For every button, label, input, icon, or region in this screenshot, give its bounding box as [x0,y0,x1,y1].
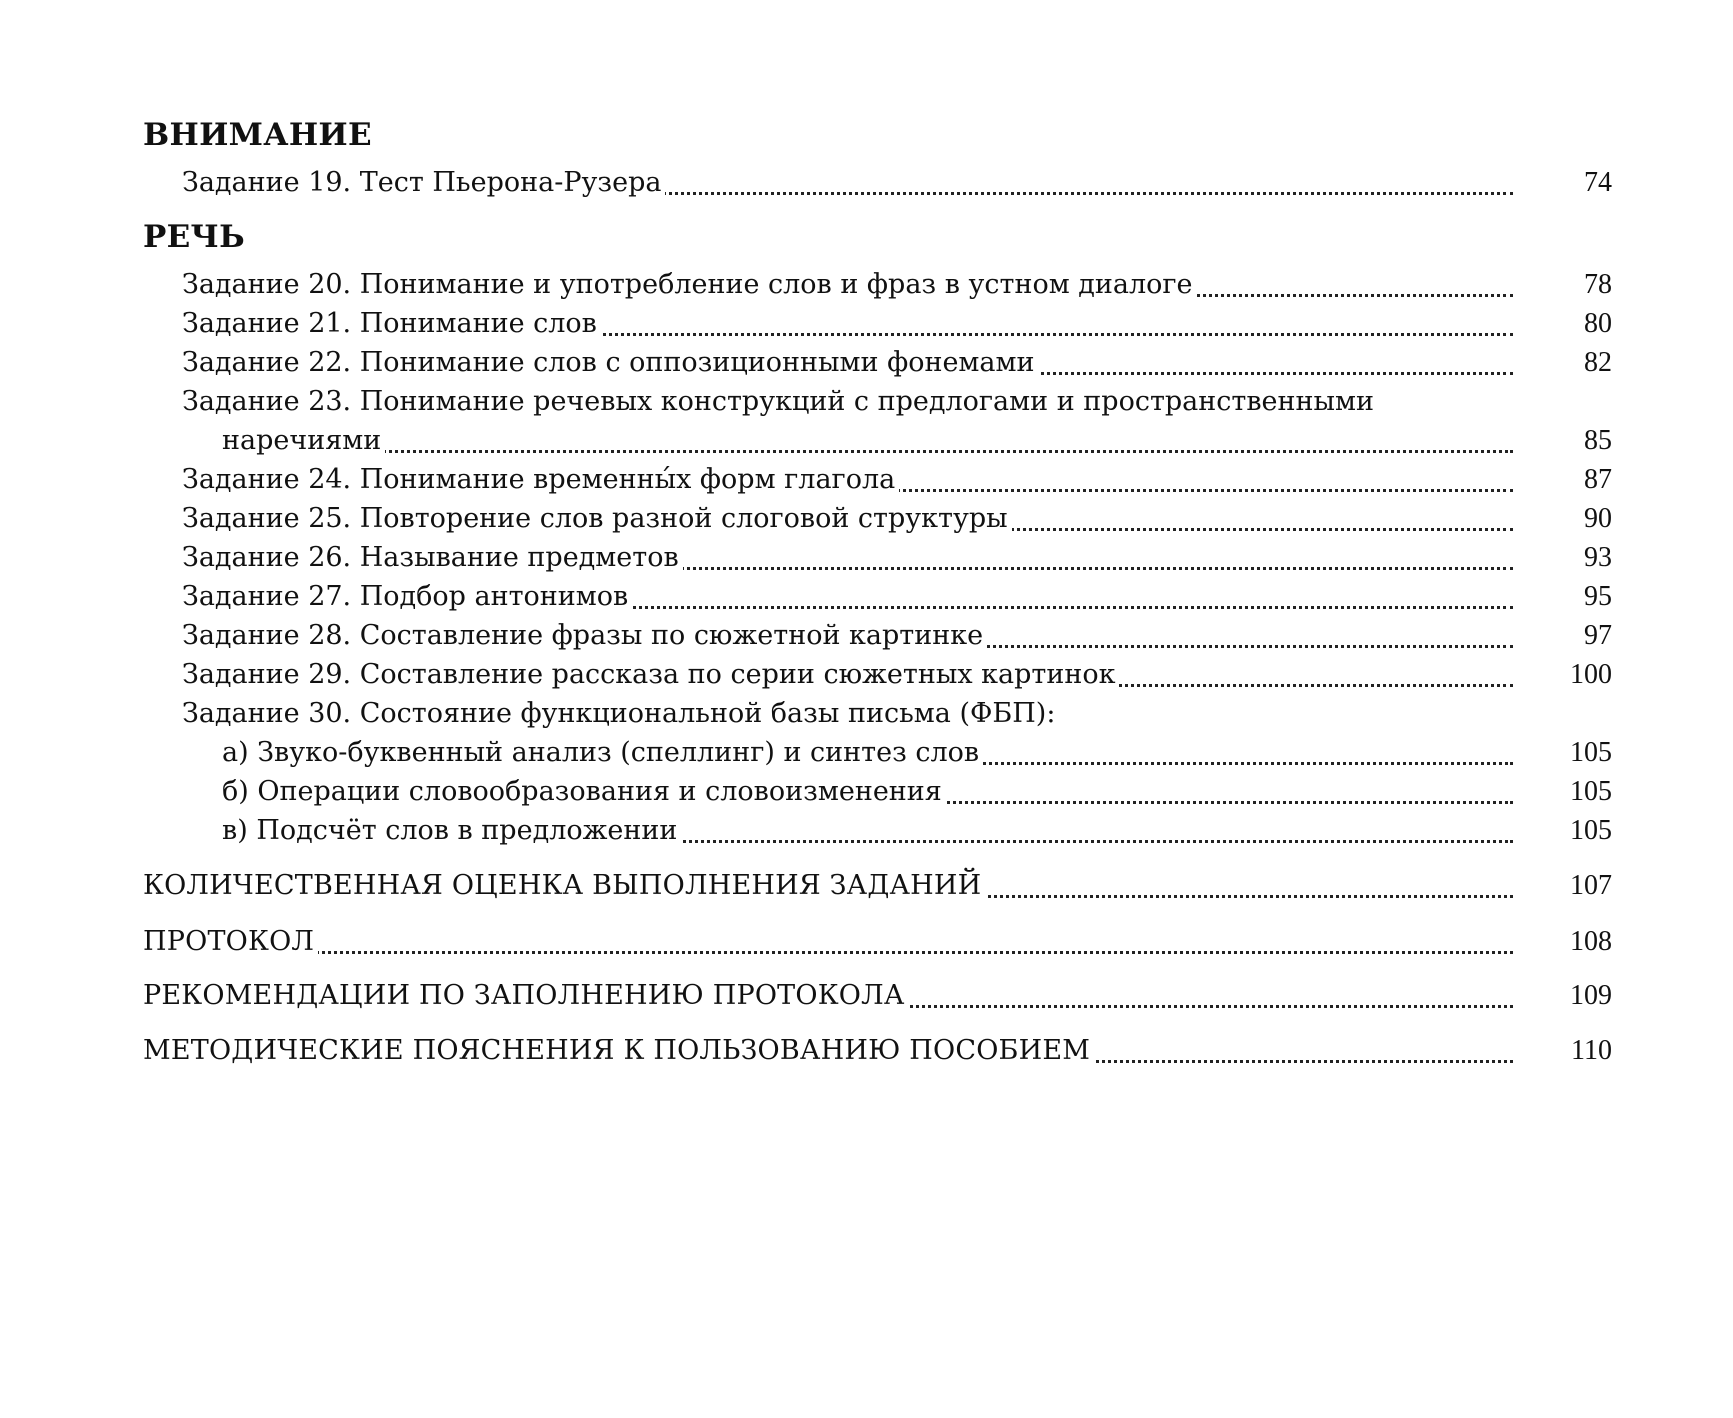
appendix-title: ПРОТОКОЛ [143,923,318,961]
entry-title: Задание 20. Понимание и употребление сло… [182,266,1197,304]
appendix-title: КОЛИЧЕСТВЕННАЯ ОЦЕНКА ВЫПОЛНЕНИЯ ЗАДАНИЙ [143,867,985,905]
entry-title: Задание 27. Подбор антонимов [182,578,632,616]
page-number: 108 [1570,923,1612,961]
subentry-title: в) Подсчёт слов в предложении [222,812,681,850]
page-number: 97 [1584,617,1612,655]
toc-appendix-entry[interactable]: МЕТОДИЧЕСКИЕ ПОЯСНЕНИЯ К ПОЛЬЗОВАНИЮ ПОС… [0,1032,1733,1070]
page-number: 90 [1584,500,1612,538]
table-of-contents-page: ВНИМАНИЕ Задание 19. Тест Пьерона-Рузера… [0,0,1733,1418]
subentry-title: б) Операции словообразования и словоизме… [222,773,946,811]
page-number: 107 [1570,867,1612,905]
page-number: 105 [1570,734,1612,772]
page-number: 78 [1584,266,1612,304]
page-number: 80 [1584,305,1612,343]
toc-entry[interactable]: Задание 22. Понимание слов с оппозиционн… [0,344,1733,382]
page-number: 105 [1570,812,1612,850]
section-heading-attention: ВНИМАНИЕ [0,116,1733,154]
toc-entry[interactable]: Задание 29. Составление рассказа по сери… [0,656,1733,694]
entry-title: Задание 19. Тест Пьерона-Рузера [182,164,665,202]
page-number: 109 [1570,977,1612,1015]
page-number: 93 [1584,539,1612,577]
page-number: 95 [1584,578,1612,616]
toc-entry[interactable]: Задание 19. Тест Пьерона-Рузера 74 [0,164,1733,202]
entry-title: Задание 29. Составление рассказа по сери… [182,656,1119,694]
page-number: 105 [1570,773,1612,811]
entry-title: Задание 25. Повторение слов разной слого… [182,500,1012,538]
page-number: 74 [1584,164,1612,202]
page-number: 87 [1584,461,1612,499]
entry-title-continuation: наречиями [222,422,385,460]
entry-title: Задание 24. Понимание временны́х форм гл… [182,461,899,499]
entry-title: Задание 23. Понимание речевых конструкци… [182,383,1378,421]
entry-title: Задание 22. Понимание слов с оппозиционн… [182,344,1039,382]
entry-title: Задание 26. Называние предметов [182,539,683,577]
appendix-title: МЕТОДИЧЕСКИЕ ПОЯСНЕНИЯ К ПОЛЬЗОВАНИЮ ПОС… [143,1032,1094,1070]
page-number: 100 [1570,656,1612,694]
section-title: ВНИМАНИЕ [143,116,372,154]
page-number: 110 [1571,1032,1612,1070]
page-number: 82 [1584,344,1612,382]
appendix-title: РЕКОМЕНДАЦИИ ПО ЗАПОЛНЕНИЮ ПРОТОКОЛА [143,977,909,1015]
page-number: 85 [1584,422,1612,460]
toc-appendix-entry[interactable]: КОЛИЧЕСТВЕННАЯ ОЦЕНКА ВЫПОЛНЕНИЯ ЗАДАНИЙ… [0,867,1733,905]
entry-title: Задание 28. Составление фразы по сюжетно… [182,617,987,655]
entry-title: Задание 30. Состояние функциональной баз… [182,695,1059,733]
subentry-title: а) Звуко-буквенный анализ (спеллинг) и с… [222,734,983,772]
toc-appendix-entry[interactable]: РЕКОМЕНДАЦИИ ПО ЗАПОЛНЕНИЮ ПРОТОКОЛА 109 [0,977,1733,1015]
entry-title: Задание 21. Понимание слов [182,305,601,343]
section-title: РЕЧЬ [143,218,245,256]
toc-appendix-entry[interactable]: ПРОТОКОЛ 108 [0,923,1733,961]
toc-subentry[interactable]: в) Подсчёт слов в предложении 105 [0,812,1733,850]
section-heading-speech: РЕЧЬ [0,218,1733,256]
dot-leader [143,916,1513,954]
